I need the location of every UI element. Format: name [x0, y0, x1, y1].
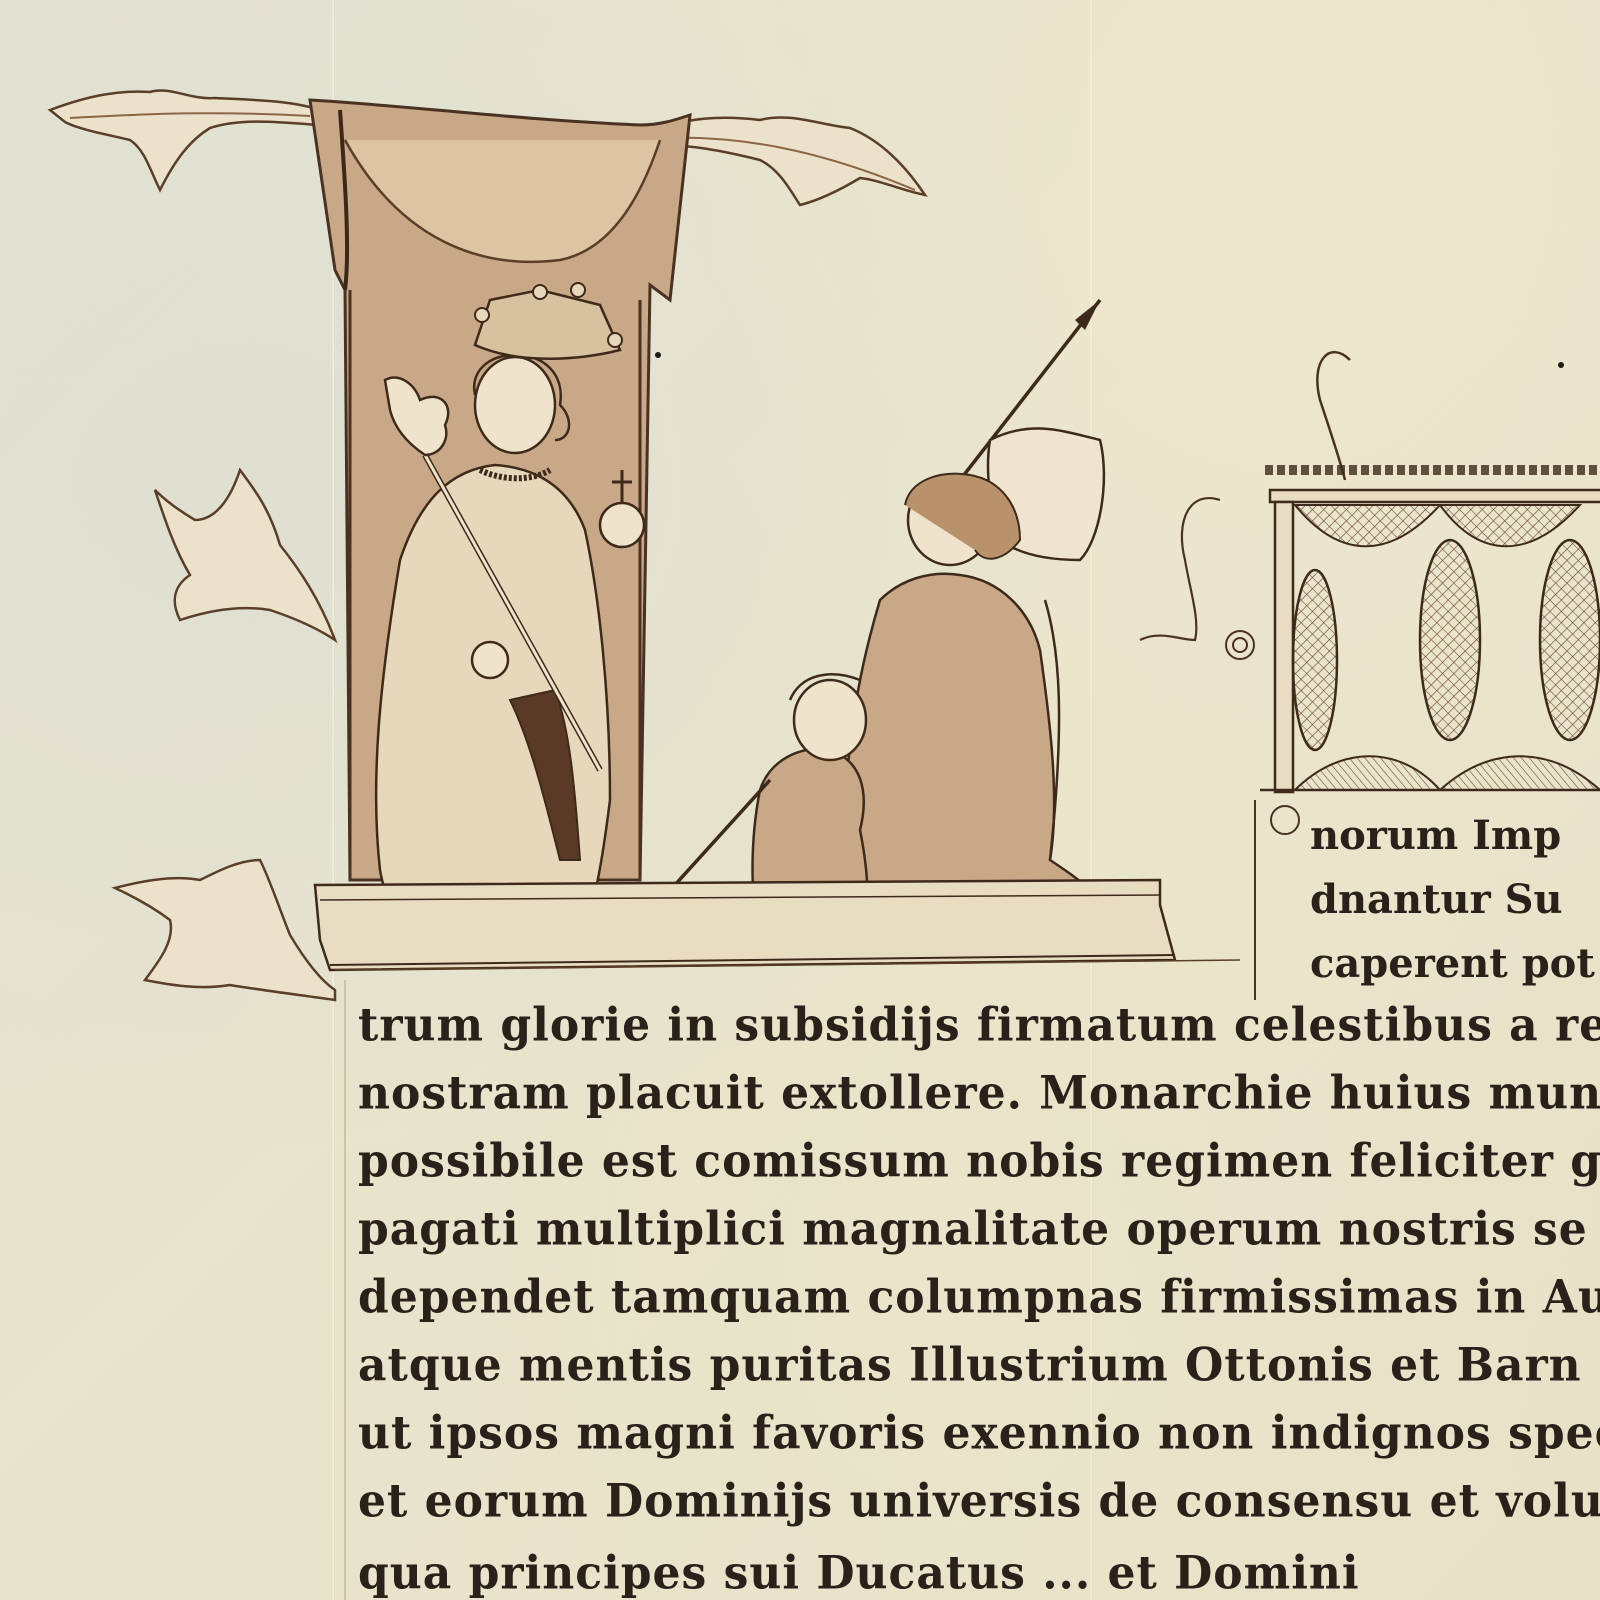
text-line: dependet tamquam columpnas firmissimas i…: [358, 1271, 1600, 1325]
text-line: qua principes sui Ducatus ... et Domini: [358, 1547, 1360, 1600]
acanthus-leaf-top-left: [50, 90, 320, 190]
text-line: ut ipsos magni favoris exennio non indig…: [358, 1407, 1600, 1461]
text-line: norum Imp: [1310, 812, 1561, 859]
text-line: possibile est comissum nobis regimen fel…: [358, 1135, 1600, 1189]
text-line: atque mentis puritas Illustrium Ottonis …: [358, 1339, 1582, 1393]
ink-dot: [655, 352, 661, 358]
text-line: pagati multiplici magnalitate operum nos…: [358, 1203, 1600, 1257]
text-line: caperent pot: [1310, 940, 1595, 987]
text-line: et eorum Dominijs universis de consensu …: [358, 1475, 1600, 1529]
text-line: trum glorie in subsidijs firmatum celest…: [358, 999, 1600, 1053]
text-line: nostram placuit extollere. Monarchie hui…: [358, 1067, 1600, 1121]
text-line: dnantur Su: [1310, 876, 1563, 923]
acanthus-leaf-bottom-left: [115, 860, 335, 1000]
ink-dot: [1558, 362, 1564, 368]
throne-platform: [315, 880, 1175, 970]
acanthus-leaf-mid-left: [155, 470, 335, 640]
kneeling-figures: [625, 300, 1110, 940]
acanthus-leaf-top-right: [650, 117, 925, 205]
